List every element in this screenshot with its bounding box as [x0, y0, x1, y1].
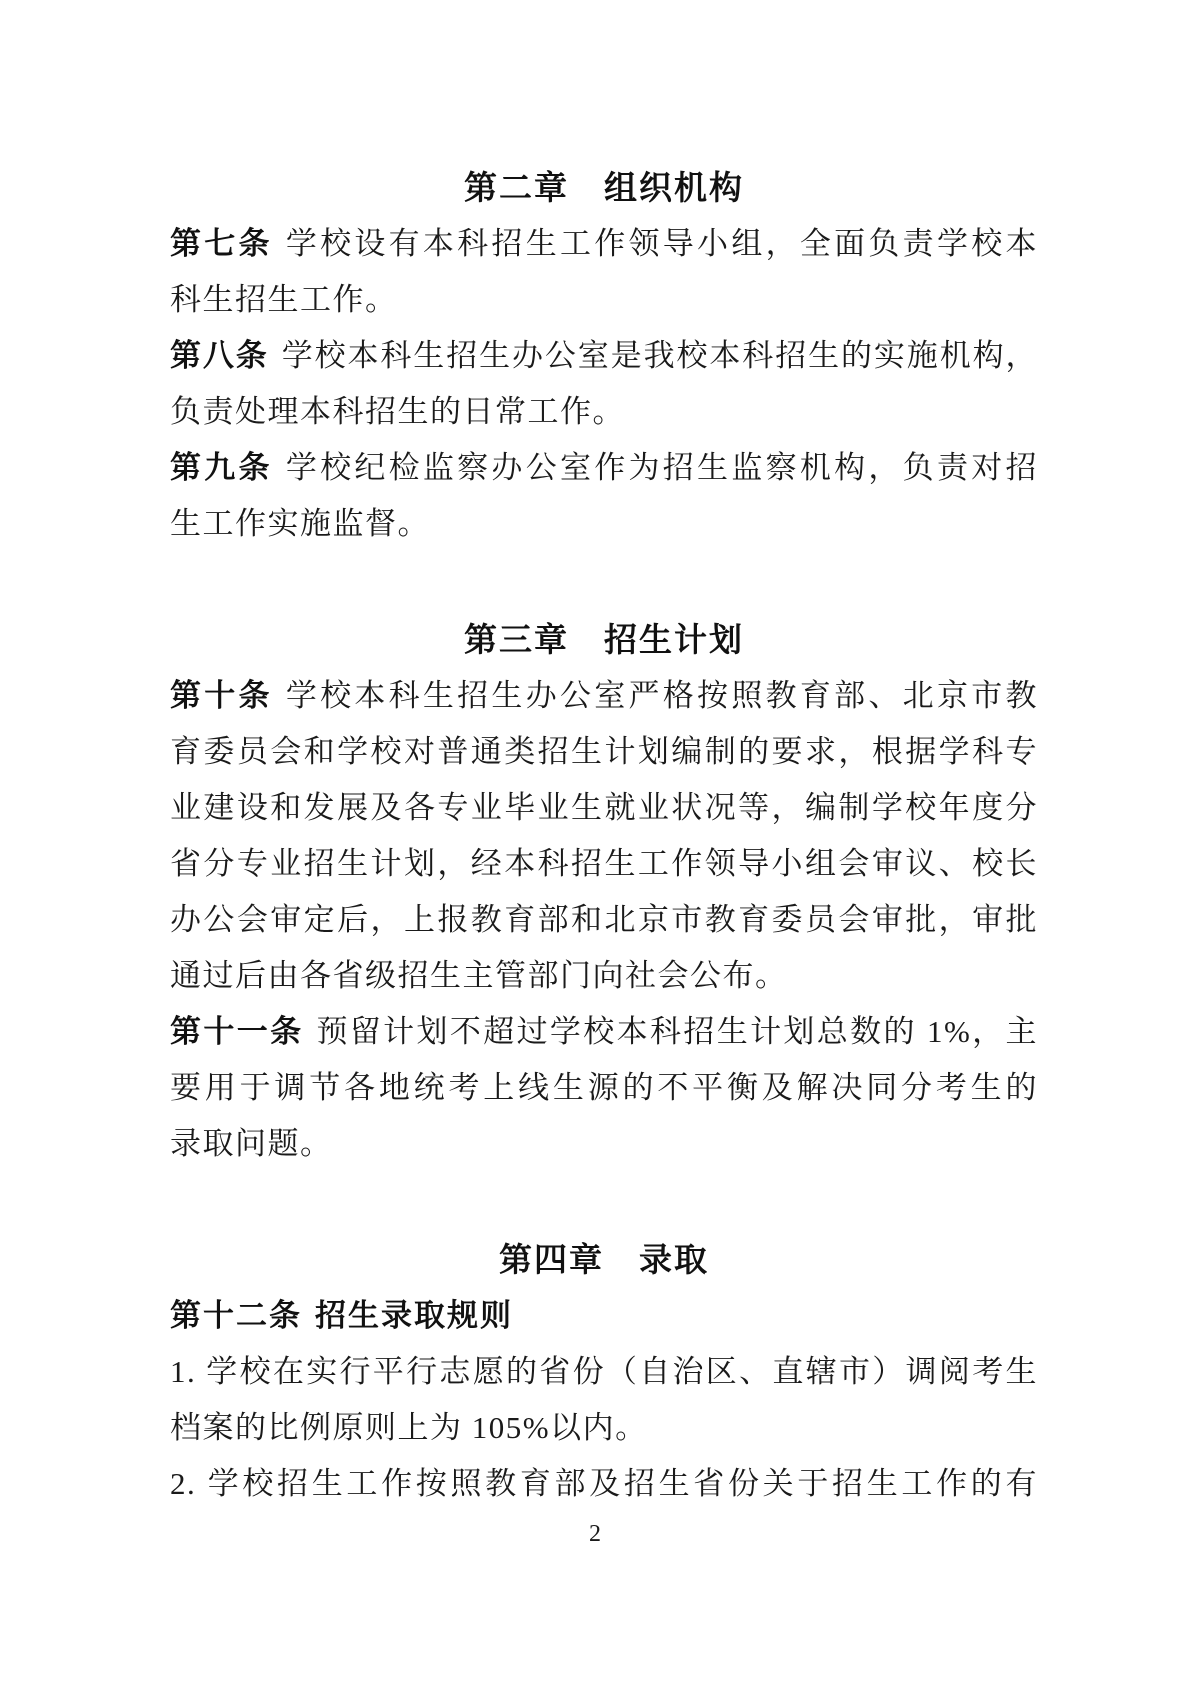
article-8: 第八条学校本科生招生办公室是我校本科招生的实施机构， 负责处理本科招生的日常工作… [170, 328, 1038, 440]
chapter-2-heading: 第二章 组织机构 [170, 160, 1038, 216]
text-line: 第十条学校本科生招生办公室严格按照教育部、北京市教 [170, 668, 1038, 724]
text-line: 省分专业招生计划，经本科招生工作领导小组会审议、校长 [170, 836, 1038, 892]
text-line: 第十二条招生录取规则 [170, 1288, 1038, 1344]
text-line: 办公会审定后，上报教育部和北京市教育委员会审批，审批 [170, 892, 1038, 948]
chapter-4-heading: 第四章 录取 [170, 1232, 1038, 1288]
document-content: 第二章 组织机构 第七条学校设有本科招生工作领导小组，全面负责学校本 科生招生工… [170, 160, 1038, 1512]
article-9: 第九条学校纪检监察办公室作为招生监察机构，负责对招 生工作实施监督。 [170, 440, 1038, 552]
article-10-text: 学校本科生招生办公室严格按照教育部、北京市教 [286, 678, 1038, 713]
text-line: 负责处理本科招生的日常工作。 [170, 384, 1038, 440]
text-line: 通过后由各省级招生主管部门向社会公布。 [170, 948, 1038, 1004]
article-11-text: 预留计划不超过学校本科招生计划总数的 1%，主 [316, 1014, 1038, 1049]
article-11: 第十一条预留计划不超过学校本科招生计划总数的 1%，主 要用于调节各地统考上线生… [170, 1004, 1038, 1172]
text-line: 第九条学校纪检监察办公室作为招生监察机构，负责对招 [170, 440, 1038, 496]
article-9-text: 学校纪检监察办公室作为招生监察机构，负责对招 [286, 450, 1038, 485]
article-12-lead: 第十二条 [170, 1298, 302, 1333]
chapter-3-heading: 第三章 招生计划 [170, 612, 1038, 668]
rule-item-2: 2. 学校招生工作按照教育部及招生省份关于招生工作的有 [170, 1456, 1038, 1512]
article-8-lead: 第八条 [170, 338, 269, 373]
text-line: 档案的比例原则上为 105%以内。 [170, 1400, 1038, 1456]
article-7-text: 学校设有本科招生工作领导小组，全面负责学校本 [286, 226, 1038, 261]
text-line: 录取问题。 [170, 1116, 1038, 1172]
text-line: 2. 学校招生工作按照教育部及招生省份关于招生工作的有 [170, 1456, 1038, 1512]
article-7-lead: 第七条 [170, 226, 273, 261]
rule-item-1: 1. 学校在实行平行志愿的省份（自治区、直辖市）调阅考生 档案的比例原则上为 1… [170, 1344, 1038, 1456]
text-line: 要用于调节各地统考上线生源的不平衡及解决同分考生的 [170, 1060, 1038, 1116]
text-line: 育委员会和学校对普通类招生计划编制的要求，根据学科专 [170, 724, 1038, 780]
article-8-text: 学校本科生招生办公室是我校本科招生的实施机构， [282, 338, 1038, 373]
document-page: 第二章 组织机构 第七条学校设有本科招生工作领导小组，全面负责学校本 科生招生工… [0, 0, 1190, 1684]
article-9-lead: 第九条 [170, 450, 273, 485]
text-line: 科生招生工作。 [170, 272, 1038, 328]
article-10: 第十条学校本科生招生办公室严格按照教育部、北京市教 育委员会和学校对普通类招生计… [170, 668, 1038, 1004]
article-12: 第十二条招生录取规则 [170, 1288, 1038, 1344]
text-line: 1. 学校在实行平行志愿的省份（自治区、直辖市）调阅考生 [170, 1344, 1038, 1400]
article-7: 第七条学校设有本科招生工作领导小组，全面负责学校本 科生招生工作。 [170, 216, 1038, 328]
article-10-lead: 第十条 [170, 678, 273, 713]
article-11-lead: 第十一条 [170, 1014, 303, 1049]
article-12-title: 招生录取规则 [315, 1298, 513, 1333]
page-number: 2 [0, 1512, 1190, 1556]
text-line: 业建设和发展及各专业毕业生就业状况等，编制学校年度分 [170, 780, 1038, 836]
text-line: 第八条学校本科生招生办公室是我校本科招生的实施机构， [170, 328, 1038, 384]
text-line: 第七条学校设有本科招生工作领导小组，全面负责学校本 [170, 216, 1038, 272]
text-line: 生工作实施监督。 [170, 496, 1038, 552]
text-line: 第十一条预留计划不超过学校本科招生计划总数的 1%，主 [170, 1004, 1038, 1060]
